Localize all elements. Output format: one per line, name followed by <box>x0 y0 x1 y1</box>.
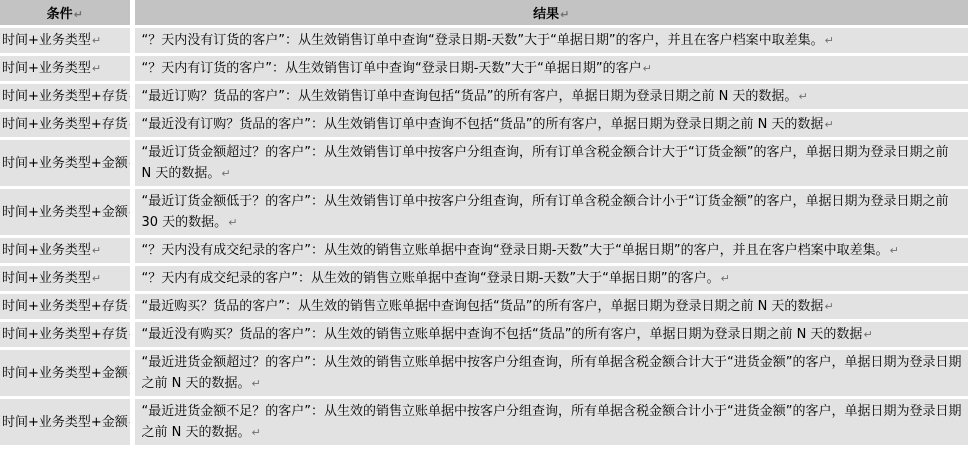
paragraph-mark-icon: ↵ <box>74 8 83 21</box>
result-cell: “？天内有成交纪录的客户”：从生效的销售立账单据中查询“登录日期-天数”大于“单… <box>132 265 968 293</box>
condition-cell: 时间+业务类型+存货↵ <box>0 83 132 111</box>
table-row: 时间+业务类型+存货↵ “最近订购？货品的客户”：从生效销售订单中查询包括“货品… <box>0 83 968 111</box>
header-condition: 条件↵ <box>0 0 132 27</box>
condition-text: 时间+业务类型+存货 <box>2 89 128 104</box>
result-text: “最近订购？货品的客户”：从生效销售订单中查询包括“货品”的所有客户，单据日期为… <box>142 89 798 104</box>
condition-text: 时间+业务类型 <box>2 243 91 258</box>
condition-cell: 时间+业务类型+金额↵ <box>0 349 132 398</box>
paragraph-mark-icon: ↵ <box>252 377 261 390</box>
condition-text: 时间+业务类型+金额 <box>2 366 128 381</box>
result-text: “？天内没有成交纪录的客户”：从生效的销售立账单据中查询“登录日期-天数”大于“… <box>142 243 889 258</box>
condition-cell: 时间+业务类型↵ <box>0 265 132 293</box>
result-cell: “？天内有订货的客户”：从生效销售订单中查询“登录日期-天数”大于“单据日期”的… <box>132 55 968 83</box>
result-cell: “最近订货金额低于？的客户”：从生效销售订单中按客户分组查询，所有订单含税金额合… <box>132 188 968 237</box>
condition-cell: 时间+业务类型+金额↵ <box>0 188 132 237</box>
table-row: 时间+业务类型+存货↵ “最近没有订购？货品的客户”：从生效销售订单中查询不包括… <box>0 111 968 139</box>
conditions-results-table: 条件↵ 结果↵ 时间+业务类型↵ “？天内没有订货的客户”：从生效销售订单中查询… <box>0 0 968 448</box>
paragraph-mark-icon: ↵ <box>560 8 569 21</box>
header-result: 结果↵ <box>132 0 968 27</box>
paragraph-mark-icon: ↵ <box>863 328 872 341</box>
result-text: “？天内没有订货的客户”：从生效销售订单中查询“登录日期-天数”大于“单据日期”… <box>142 33 824 48</box>
paragraph-mark-icon: ↵ <box>643 62 652 75</box>
result-cell: “最近订货金额超过？的客户”：从生效销售订单中按客户分组查询，所有订单含税金额合… <box>132 139 968 188</box>
table-header-row: 条件↵ 结果↵ <box>0 0 968 27</box>
condition-text: 时间+业务类型+存货 <box>2 299 128 314</box>
paragraph-mark-icon: ↵ <box>92 62 101 75</box>
condition-cell: 时间+业务类型↵ <box>0 237 132 265</box>
result-cell: “最近订购？货品的客户”：从生效销售订单中查询包括“货品”的所有客户，单据日期为… <box>132 83 968 111</box>
paragraph-mark-icon: ↵ <box>824 300 833 313</box>
condition-cell: 时间+业务类型+存货↵ <box>0 321 132 349</box>
table-row: 时间+业务类型↵ “？天内有成交纪录的客户”：从生效的销售立账单据中查询“登录日… <box>0 265 968 293</box>
result-text: “最近订货金额低于？的客户”：从生效销售订单中按客户分组查询，所有订单含税金额合… <box>142 194 949 230</box>
paragraph-mark-icon: ↵ <box>824 118 833 131</box>
table-row: 时间+业务类型↵ “？天内有订货的客户”：从生效销售订单中查询“登录日期-天数”… <box>0 55 968 83</box>
condition-text: 时间+业务类型+存货 <box>2 117 128 132</box>
header-condition-label: 条件 <box>47 7 73 22</box>
condition-text: 时间+业务类型+金额 <box>2 156 128 171</box>
condition-text: 时间+业务类型 <box>2 33 91 48</box>
paragraph-mark-icon: ↵ <box>92 272 101 285</box>
result-cell: “最近进货金额超过？的客户”：从生效的销售立账单据中按客户分组查询，所有单据含税… <box>132 349 968 398</box>
table-row: 时间+业务类型↵ “？天内没有成交纪录的客户”：从生效的销售立账单据中查询“登录… <box>0 237 968 265</box>
condition-cell: 时间+业务类型+存货↵ <box>0 293 132 321</box>
result-text: “？天内有成交纪录的客户”：从生效的销售立账单据中查询“登录日期-天数”大于“单… <box>142 271 720 286</box>
table-row: 时间+业务类型+金额↵ “最近订货金额超过？的客户”：从生效销售订单中按客户分组… <box>0 139 968 188</box>
condition-cell: 时间+业务类型+金额↵ <box>0 139 132 188</box>
result-cell: “最近没有订购？货品的客户”：从生效销售订单中查询不包括“货品”的所有客户，单据… <box>132 111 968 139</box>
result-text: “最近没有订购？货品的客户”：从生效销售订单中查询不包括“货品”的所有客户，单据… <box>142 117 824 132</box>
result-text: “最近订货金额超过？的客户”：从生效销售订单中按客户分组查询，所有订单含税金额合… <box>142 145 949 181</box>
result-text: “最近没有购买？货品的客户”：从生效的销售立账单据中查询不包括“货品”的所有客户… <box>142 327 863 342</box>
header-result-label: 结果 <box>533 7 559 22</box>
condition-cell: 时间+业务类型↵ <box>0 55 132 83</box>
paragraph-mark-icon: ↵ <box>228 216 237 229</box>
condition-text: 时间+业务类型+金额 <box>2 205 128 220</box>
paragraph-mark-icon: ↵ <box>221 167 230 180</box>
paragraph-mark-icon: ↵ <box>92 244 101 257</box>
result-cell: “？天内没有订货的客户”：从生效销售订单中查询“登录日期-天数”大于“单据日期”… <box>132 27 968 55</box>
condition-text: 时间+业务类型 <box>2 271 91 286</box>
condition-cell: 时间+业务类型+金额↵ <box>0 398 132 447</box>
result-text: “最近进货金额超过？的客户”：从生效的销售立账单据中按客户分组查询，所有单据含税… <box>142 355 962 391</box>
table-row: 时间+业务类型+金额↵ “最近进货金额超过？的客户”：从生效的销售立账单据中按客… <box>0 349 968 398</box>
condition-text: 时间+业务类型+金额 <box>2 415 128 430</box>
paragraph-mark-icon: ↵ <box>825 34 834 47</box>
condition-text: 时间+业务类型 <box>2 61 91 76</box>
table-row: 时间+业务类型+金额↵ “最近进货金额不足？的客户”：从生效的销售立账单据中按客… <box>0 398 968 447</box>
result-text: “最近购买？货品的客户”：从生效的销售立账单据中查询包括“货品”的所有客户，单据… <box>142 299 824 314</box>
paragraph-mark-icon: ↵ <box>252 426 261 439</box>
condition-cell: 时间+业务类型+存货↵ <box>0 111 132 139</box>
paragraph-mark-icon: ↵ <box>890 244 899 257</box>
table-row: 时间+业务类型+存货↵ “最近没有购买？货品的客户”：从生效的销售立账单据中查询… <box>0 321 968 349</box>
condition-text: 时间+业务类型+存货 <box>2 327 128 342</box>
paragraph-mark-icon: ↵ <box>721 272 730 285</box>
paragraph-mark-icon: ↵ <box>798 90 807 103</box>
table-row: 时间+业务类型↵ “？天内没有订货的客户”：从生效销售订单中查询“登录日期-天数… <box>0 27 968 55</box>
paragraph-mark-icon: ↵ <box>92 34 101 47</box>
table-row: 时间+业务类型+存货↵ “最近购买？货品的客户”：从生效的销售立账单据中查询包括… <box>0 293 968 321</box>
result-cell: “最近购买？货品的客户”：从生效的销售立账单据中查询包括“货品”的所有客户，单据… <box>132 293 968 321</box>
result-text: “？天内有订货的客户”：从生效销售订单中查询“登录日期-天数”大于“单据日期”的… <box>142 61 642 76</box>
condition-cell: 时间+业务类型↵ <box>0 27 132 55</box>
result-cell: “最近进货金额不足？的客户”：从生效的销售立账单据中按客户分组查询，所有单据含税… <box>132 398 968 447</box>
result-cell: “？天内没有成交纪录的客户”：从生效的销售立账单据中查询“登录日期-天数”大于“… <box>132 237 968 265</box>
result-text: “最近进货金额不足？的客户”：从生效的销售立账单据中按客户分组查询，所有单据含税… <box>142 404 962 440</box>
table-row: 时间+业务类型+金额↵ “最近订货金额低于？的客户”：从生效销售订单中按客户分组… <box>0 188 968 237</box>
result-cell: “最近没有购买？货品的客户”：从生效的销售立账单据中查询不包括“货品”的所有客户… <box>132 321 968 349</box>
